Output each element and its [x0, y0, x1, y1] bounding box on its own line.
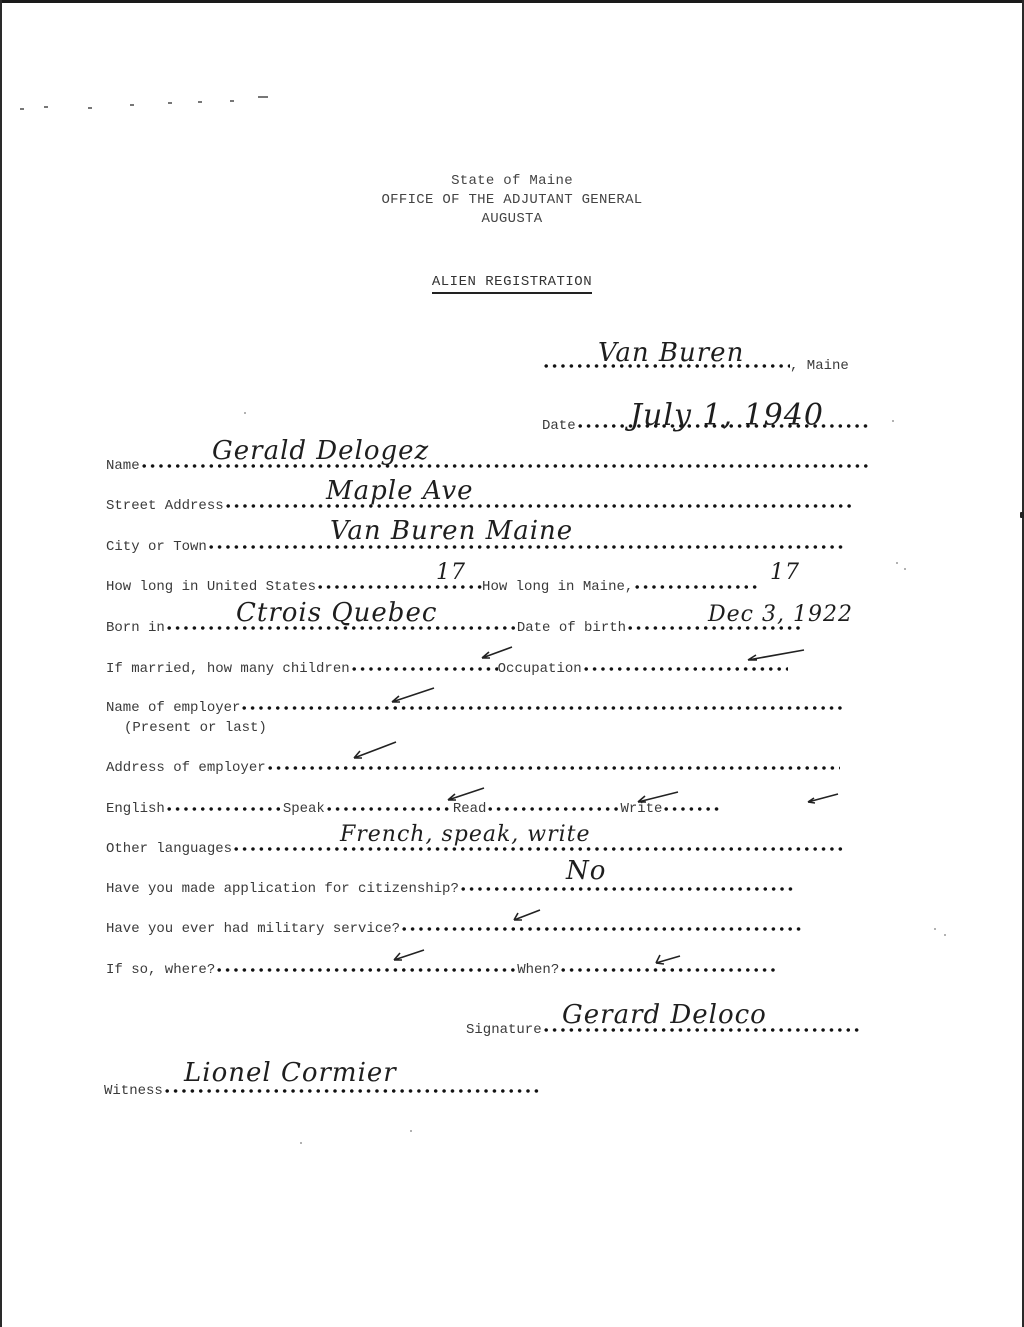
- born-row: Born inDate of birth: [106, 618, 802, 638]
- stray-marks: [18, 90, 278, 114]
- occupation-field[interactable]: [582, 666, 788, 672]
- street-field[interactable]: [224, 503, 854, 509]
- street-row: Street Address: [106, 496, 854, 516]
- employer-address-check-icon: [352, 746, 398, 760]
- scan-speck: [944, 934, 946, 936]
- occupation-check-icon: [746, 648, 806, 662]
- how-long-maine-field[interactable]: [633, 584, 759, 590]
- place-value: Van Buren: [598, 338, 744, 368]
- write-check-icon: [806, 792, 840, 806]
- how-long-us-value: 17: [436, 560, 466, 585]
- other-languages-value: French, speak, write: [340, 822, 591, 847]
- speak-check-icon: [446, 788, 486, 802]
- street-value: Maple Ave: [326, 476, 474, 506]
- write-field[interactable]: [662, 806, 722, 812]
- document-header: State of Maine OFFICE OF THE ADJUTANT GE…: [0, 172, 1024, 229]
- city-value: Van Buren Maine: [330, 516, 573, 546]
- read-check-icon: [636, 790, 680, 804]
- military-field[interactable]: [400, 926, 804, 932]
- speak-field[interactable]: [325, 806, 453, 812]
- employer-sublabel: (Present or last): [124, 718, 267, 738]
- citizenship-field[interactable]: [459, 886, 795, 892]
- scan-speck: [300, 1142, 302, 1144]
- employer-address-field[interactable]: [266, 765, 840, 771]
- scan-speck: [934, 928, 936, 930]
- children-row: If married, how many childrenOccupation: [106, 659, 788, 679]
- document-title: ALIEN REGISTRATION: [0, 274, 1024, 294]
- born-in-value: Ctrois Quebec: [236, 598, 437, 628]
- header-city: AUGUSTA: [0, 210, 1024, 229]
- header-office: OFFICE OF THE ADJUTANT GENERAL: [0, 191, 1024, 210]
- dob-value: Dec 3, 1922: [708, 602, 853, 627]
- scan-speck: [896, 562, 898, 564]
- scan-speck: [1020, 512, 1024, 518]
- employer-name-field[interactable]: [240, 705, 844, 711]
- military-check-icon: [512, 908, 542, 922]
- signature-value: Gerard Deloco: [562, 1000, 767, 1030]
- date-value: July 1, 1940: [630, 398, 824, 433]
- employer-name-check-icon: [390, 690, 436, 704]
- read-field[interactable]: [486, 806, 620, 812]
- name-value: Gerald Delogez: [212, 436, 429, 466]
- witness-value: Lionel Cormier: [184, 1058, 397, 1088]
- scan-speck: [410, 1130, 412, 1132]
- citizenship-row: Have you made application for citizenshi…: [106, 879, 795, 899]
- when-check-icon: [654, 952, 682, 966]
- children-check-icon: [480, 646, 514, 660]
- scan-border-top: [0, 0, 1024, 3]
- english-row: EnglishSpeakReadWrite: [106, 799, 722, 819]
- military-row: Have you ever had military service?: [106, 919, 804, 939]
- how-long-maine-value: 17: [770, 560, 800, 585]
- when-field[interactable]: [559, 967, 779, 973]
- where-field[interactable]: [215, 967, 517, 973]
- employer-row: Name of employer: [106, 698, 844, 718]
- scan-speck: [892, 420, 894, 422]
- english-leader: [165, 806, 283, 812]
- scan-speck: [904, 568, 906, 570]
- how-long-row: How long in United StatesHow long in Mai…: [106, 577, 759, 597]
- citizenship-value: No: [566, 856, 606, 886]
- employer-address-row: Address of employer: [106, 758, 840, 778]
- scan-speck: [244, 412, 246, 414]
- children-field[interactable]: [350, 666, 498, 672]
- where-check-icon: [392, 948, 426, 962]
- witness-field[interactable]: [163, 1088, 541, 1094]
- header-state: State of Maine: [0, 172, 1024, 191]
